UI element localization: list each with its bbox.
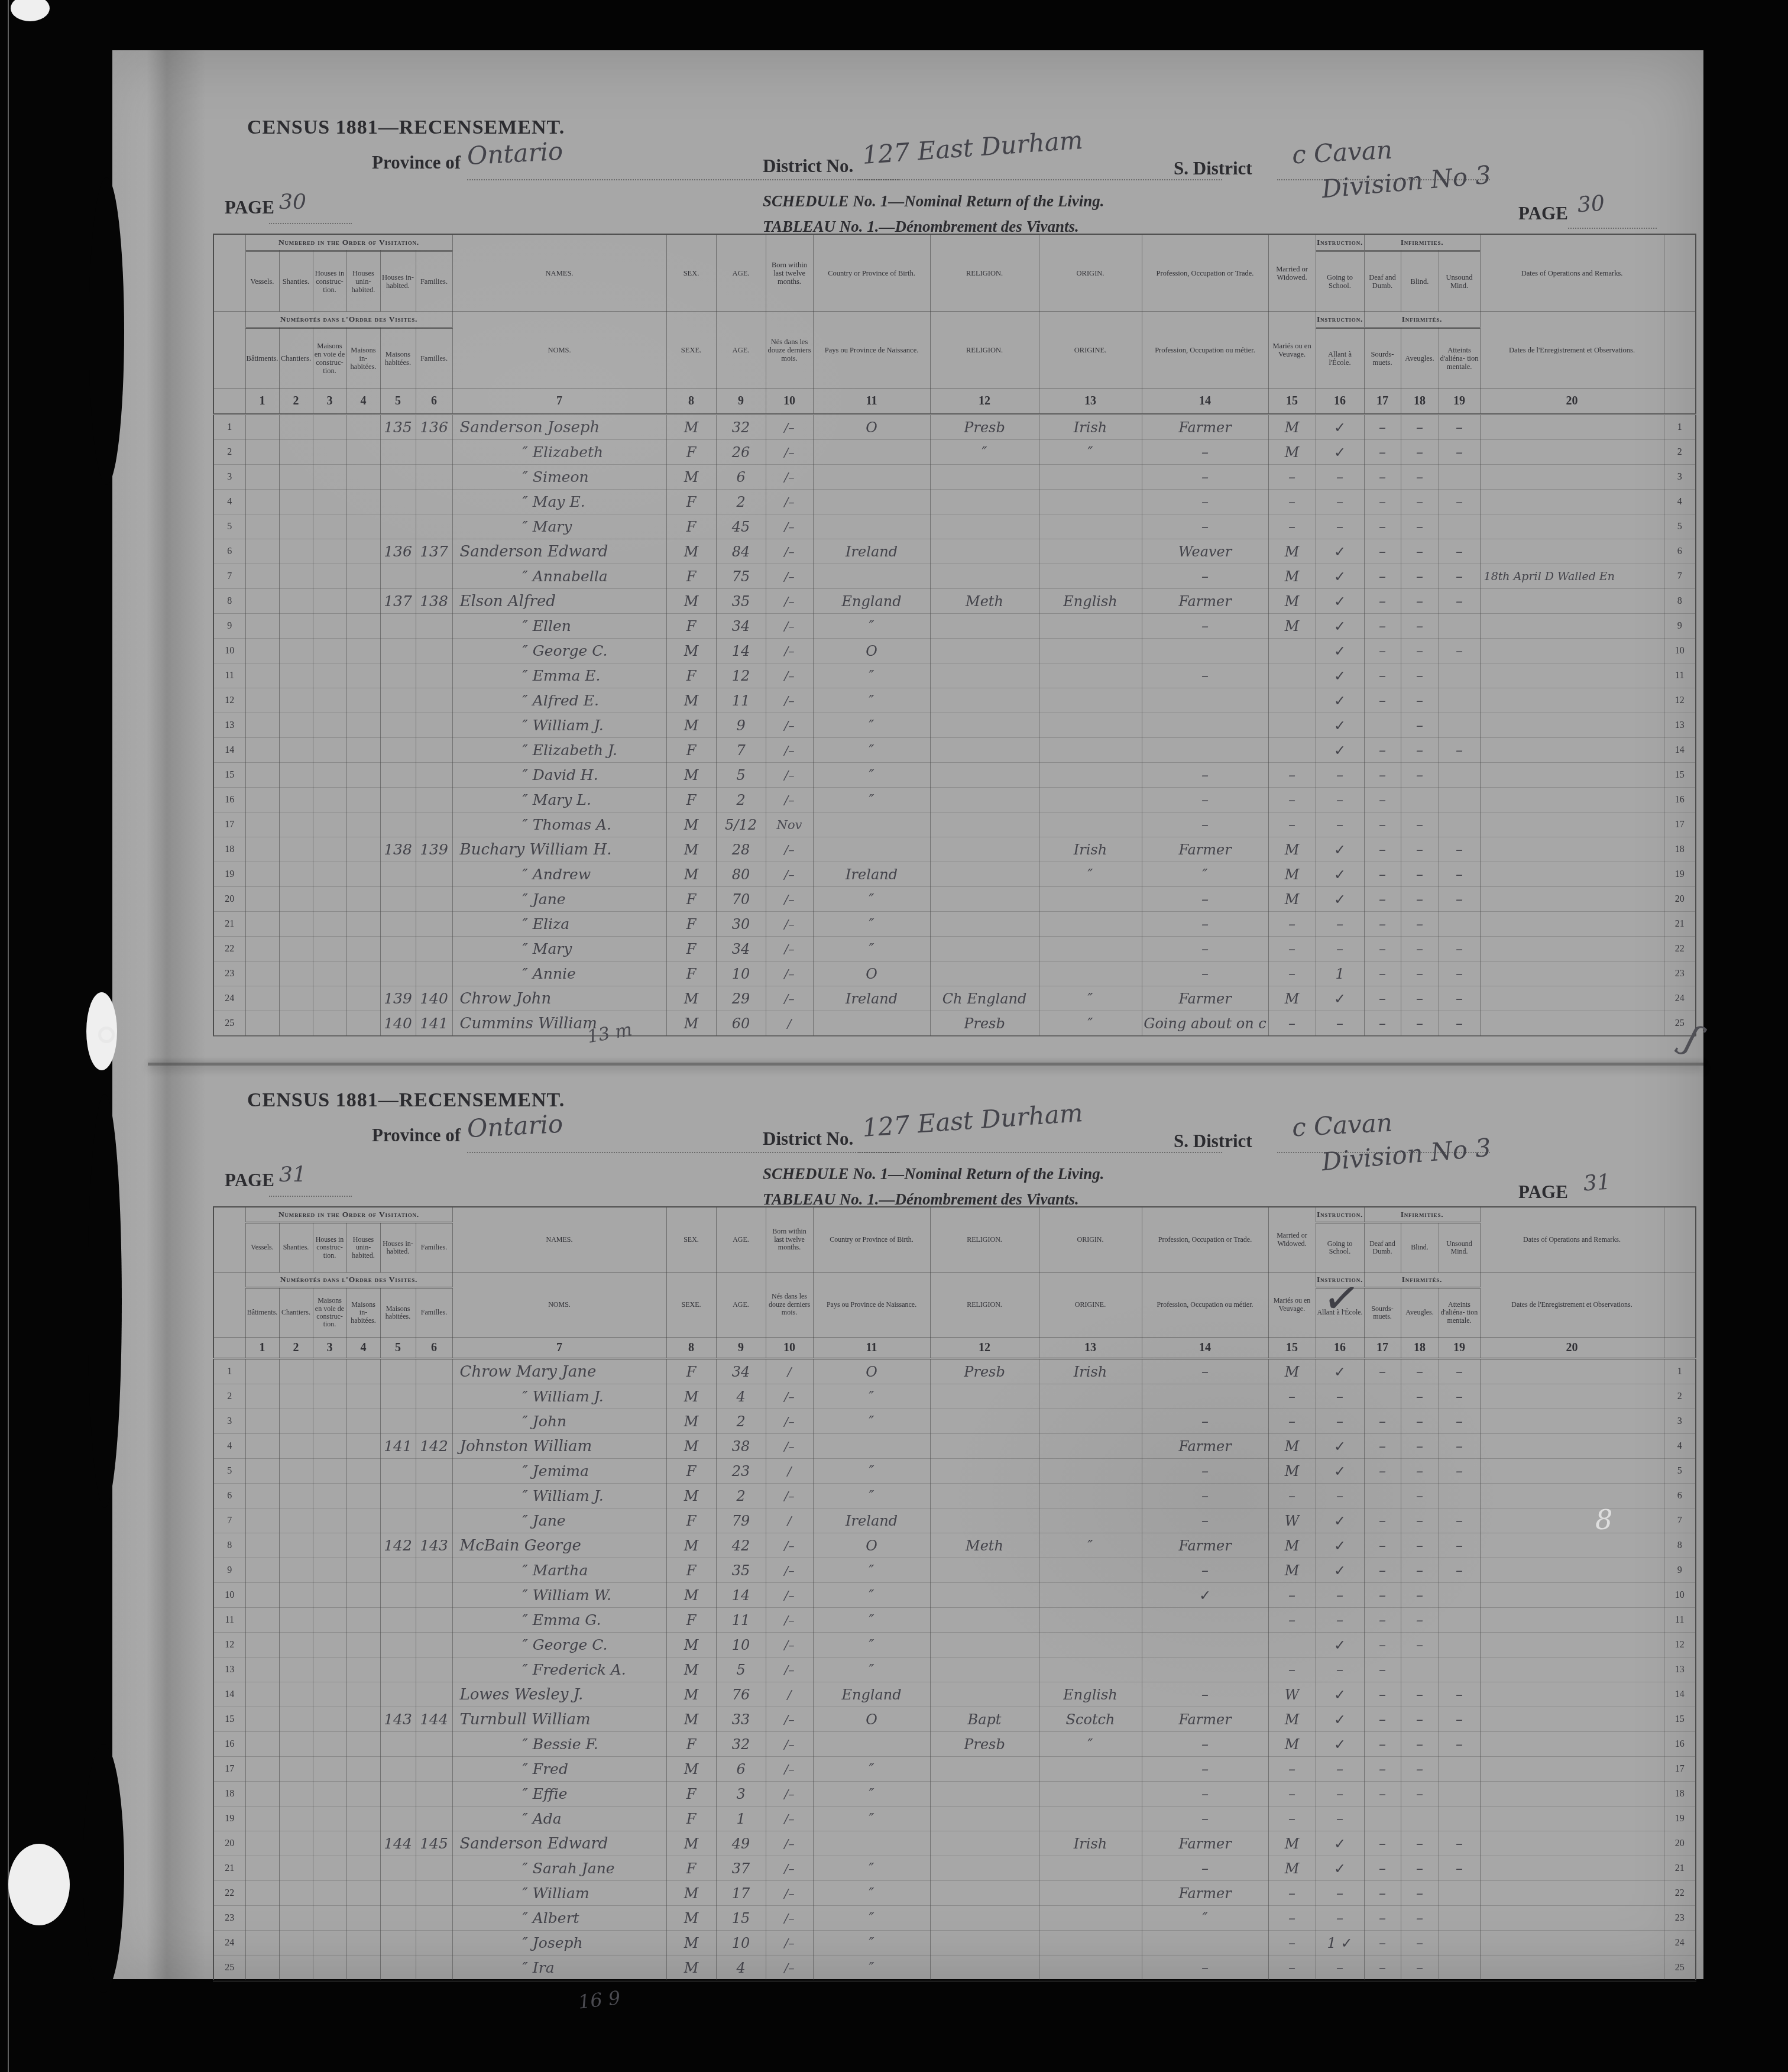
blind-cell: – — [1401, 1558, 1439, 1583]
school-cell: – — [1316, 1782, 1364, 1806]
name-cell: ″ George C. — [452, 1633, 666, 1657]
occupation-cell — [1142, 738, 1268, 763]
origin-cell — [1039, 1757, 1142, 1782]
empty-cell — [346, 937, 380, 961]
deaf-cell: – — [1364, 1732, 1401, 1757]
empty-cell — [313, 1459, 346, 1484]
empty-cell — [279, 1956, 313, 1981]
unsound-cell — [1439, 1583, 1480, 1608]
origin-cell — [1039, 1459, 1142, 1484]
column-header: Chantiers. — [279, 328, 313, 388]
empty-cell — [279, 1782, 313, 1806]
column-header: Chantiers. — [279, 1288, 313, 1338]
deaf-cell: – — [1364, 887, 1401, 912]
empty-cell — [346, 614, 380, 639]
remarks-cell — [1480, 1881, 1664, 1906]
deaf-cell: – — [1364, 1881, 1401, 1906]
row-number: 1 — [213, 1359, 245, 1384]
occupation-cell: – — [1142, 663, 1268, 688]
empty-cell — [245, 415, 279, 440]
name-cell: ″ Jane — [452, 887, 666, 912]
row-number: 9 — [213, 614, 245, 639]
born-cell: /– — [766, 713, 813, 738]
column-header: Born within last twelve months. — [766, 1207, 813, 1273]
row-number: 13 — [1664, 1657, 1696, 1682]
family-number — [416, 490, 452, 514]
born-cell: /– — [766, 415, 813, 440]
remarks-cell — [1480, 1608, 1664, 1633]
table-row: 21″ Sarah JaneF37/–″–M✓–––21 — [213, 1856, 1696, 1881]
table-row: 10″ George C.M14/–O✓–––10 — [213, 639, 1696, 663]
group-instruction-header: Instruction. — [1316, 234, 1364, 251]
row-number: 16 — [213, 788, 245, 812]
row-number: 3 — [213, 465, 245, 490]
table-row: 8142143McBain GeorgeM42/–OMeth″FarmerM✓–… — [213, 1533, 1696, 1558]
empty-cell — [245, 1931, 279, 1956]
deaf-cell: – — [1364, 564, 1401, 589]
film-scratch — [8, 0, 9, 2072]
column-number: 3 — [313, 388, 346, 415]
deaf-cell: – — [1364, 763, 1401, 788]
occupation-cell — [1142, 1633, 1268, 1657]
empty-cell — [346, 1434, 380, 1459]
religion-cell — [930, 490, 1039, 514]
deaf-cell — [1364, 713, 1401, 738]
row-number: 18 — [213, 1782, 245, 1806]
row-number: 15 — [1664, 1707, 1696, 1732]
school-cell: ✓ — [1316, 663, 1364, 688]
sex-cell: M — [666, 415, 716, 440]
empty-cell — [245, 465, 279, 490]
page-rule-left — [269, 1193, 352, 1197]
empty-cell — [313, 1657, 346, 1682]
page-label-right: PAGE — [1518, 203, 1568, 224]
remarks-cell — [1480, 1508, 1664, 1533]
birthplace-cell: ″ — [813, 937, 930, 961]
row-number: 3 — [213, 1409, 245, 1434]
name-cell: ″ Jane — [452, 1508, 666, 1533]
row-number: 11 — [213, 1608, 245, 1633]
age-cell: 34 — [716, 1359, 766, 1384]
district-rule — [859, 1150, 1222, 1153]
empty-cell — [245, 862, 279, 887]
row-number: 10 — [213, 639, 245, 663]
religion-cell — [930, 1682, 1039, 1707]
table-row: 4″ May E.F2/–––––––4 — [213, 490, 1696, 514]
table-row: 17″ FredM6/–″–––––17 — [213, 1757, 1696, 1782]
row-number: 12 — [213, 688, 245, 713]
deaf-cell: – — [1364, 937, 1401, 961]
birthplace-cell: ″ — [813, 1806, 930, 1831]
page-number-right: 30 — [1577, 191, 1606, 217]
origin-cell — [1039, 1558, 1142, 1583]
unsound-cell — [1439, 688, 1480, 713]
house-number: 139 — [380, 986, 416, 1011]
empty-cell — [279, 564, 313, 589]
unsound-cell — [1439, 1906, 1480, 1931]
family-number: 136 — [416, 415, 452, 440]
empty-cell — [245, 514, 279, 539]
religion-cell — [930, 1906, 1039, 1931]
origin-cell — [1039, 465, 1142, 490]
religion-cell — [930, 1608, 1039, 1633]
column-header: Going to School. — [1316, 251, 1364, 312]
family-number — [416, 1459, 452, 1484]
born-cell: /– — [766, 986, 813, 1011]
age-cell: 5 — [716, 763, 766, 788]
origin-cell — [1039, 1608, 1142, 1633]
deaf-cell: – — [1364, 490, 1401, 514]
empty-cell — [313, 1732, 346, 1757]
empty-cell — [313, 490, 346, 514]
unsound-cell: – — [1439, 986, 1480, 1011]
name-cell: ″ Effie — [452, 1782, 666, 1806]
religion-cell — [930, 837, 1039, 862]
occupation-cell: – — [1142, 490, 1268, 514]
unsound-cell — [1439, 788, 1480, 812]
name-cell: ″ Mary — [452, 514, 666, 539]
unsound-cell: – — [1439, 1707, 1480, 1732]
stray-handwriting: ʃ — [1679, 1018, 1705, 1060]
empty-cell — [313, 1484, 346, 1508]
origin-cell — [1039, 514, 1142, 539]
empty-cell — [313, 1558, 346, 1583]
empty-cell — [346, 812, 380, 837]
column-header: Houses unin- habited. — [346, 1223, 380, 1273]
name-cell: ″ Ellen — [452, 614, 666, 639]
occupation-cell: – — [1142, 1459, 1268, 1484]
birthplace-cell — [813, 1831, 930, 1856]
deaf-cell: – — [1364, 1459, 1401, 1484]
row-number: 16 — [213, 1732, 245, 1757]
province-rule — [467, 1150, 899, 1153]
married-cell: M — [1268, 1558, 1316, 1583]
religion-cell — [930, 1409, 1039, 1434]
born-cell: /– — [766, 763, 813, 788]
religion-cell — [930, 1856, 1039, 1881]
census-sheet-scan: CENSUS 1881—RECENSEMENT. RECENSEMENT 188… — [112, 50, 1703, 1979]
origin-cell — [1039, 639, 1142, 663]
family-number — [416, 1384, 452, 1409]
empty-cell — [279, 887, 313, 912]
deaf-cell: – — [1364, 614, 1401, 639]
blind-cell: – — [1401, 614, 1439, 639]
sex-cell: M — [666, 1434, 716, 1459]
birthplace-cell: O — [813, 639, 930, 663]
religion-cell: Presb — [930, 1011, 1039, 1037]
column-header: AGE. — [716, 1207, 766, 1273]
name-cell: ″ Elizabeth — [452, 440, 666, 465]
empty-cell — [279, 1011, 313, 1037]
origin-cell — [1039, 961, 1142, 986]
column-number: 6 — [416, 1338, 452, 1359]
occupation-cell: – — [1142, 812, 1268, 837]
birthplace-cell — [813, 440, 930, 465]
row-number: 20 — [1664, 1831, 1696, 1856]
school-cell: – — [1316, 1484, 1364, 1508]
row-number: 21 — [1664, 912, 1696, 937]
row-number: 4 — [1664, 1434, 1696, 1459]
column-header: Profession, Occupation or Trade. — [1142, 1207, 1268, 1273]
house-number — [380, 1782, 416, 1806]
family-number — [416, 614, 452, 639]
row-number: 22 — [213, 1881, 245, 1906]
occupation-cell: ″ — [1142, 862, 1268, 887]
house-number: 141 — [380, 1434, 416, 1459]
birthplace-cell — [813, 564, 930, 589]
house-number — [380, 738, 416, 763]
column-header: Atteints d'aliéna- tion mentale. — [1439, 328, 1480, 388]
born-cell: /– — [766, 1434, 813, 1459]
table-row: 23″ AlbertM15/–″″––––23 — [213, 1906, 1696, 1931]
birthplace-cell: Ireland — [813, 1508, 930, 1533]
table-row: 22″ WilliamM17/–″Farmer––––22 — [213, 1881, 1696, 1906]
empty-cell — [346, 1558, 380, 1583]
origin-cell: Irish — [1039, 415, 1142, 440]
row-number: 10 — [213, 1583, 245, 1608]
family-number — [416, 514, 452, 539]
unsound-cell: – — [1439, 639, 1480, 663]
empty-cell — [279, 1359, 313, 1384]
birthplace-cell: ″ — [813, 1558, 930, 1583]
birthplace-cell: ″ — [813, 1608, 930, 1633]
column-header: SEX. — [666, 1207, 716, 1273]
table-row: 25140141Cummins WilliamM60/Presb″Going a… — [213, 1011, 1696, 1037]
table-row: 15″ David H.M5/–″–––––15 — [213, 763, 1696, 788]
empty-cell — [346, 961, 380, 986]
school-cell: – — [1316, 465, 1364, 490]
column-header: Dates de l'Enregistrement et Observation… — [1480, 1273, 1664, 1338]
born-cell: /– — [766, 1956, 813, 1981]
name-cell: ″ William J. — [452, 1484, 666, 1508]
origin-cell — [1039, 1906, 1142, 1931]
empty-cell — [245, 1682, 279, 1707]
empty-cell — [313, 1956, 346, 1981]
school-cell: – — [1316, 1608, 1364, 1633]
house-number: 140 — [380, 1011, 416, 1037]
school-cell: – — [1316, 1881, 1364, 1906]
remarks-cell — [1480, 862, 1664, 887]
religion-cell — [930, 887, 1039, 912]
row-number: 14 — [1664, 738, 1696, 763]
occupation-cell: ″ — [1142, 1906, 1268, 1931]
row-number: 19 — [1664, 862, 1696, 887]
birthplace-cell: ″ — [813, 912, 930, 937]
column-header: Sourds- muets. — [1364, 1288, 1401, 1338]
empty-cell — [346, 1906, 380, 1931]
married-cell: – — [1268, 961, 1316, 986]
row-number-gutter — [213, 1207, 245, 1273]
family-number: 144 — [416, 1707, 452, 1732]
house-number — [380, 1682, 416, 1707]
column-header: Maisons habitées. — [380, 328, 416, 388]
blind-cell: – — [1401, 1359, 1439, 1384]
married-cell: – — [1268, 1806, 1316, 1831]
religion-cell — [930, 564, 1039, 589]
column-header: Shanties. — [279, 1223, 313, 1273]
birthplace-cell: ″ — [813, 1956, 930, 1981]
row-number: 5 — [213, 514, 245, 539]
division-value: Division No 3 — [1320, 1133, 1492, 1177]
empty-cell — [279, 1856, 313, 1881]
sex-cell: M — [666, 539, 716, 564]
empty-cell — [346, 1359, 380, 1384]
age-cell: 32 — [716, 1732, 766, 1757]
blind-cell: – — [1401, 1384, 1439, 1409]
sex-cell: M — [666, 1831, 716, 1856]
remarks-cell — [1480, 812, 1664, 837]
origin-cell — [1039, 1409, 1142, 1434]
house-number: 135 — [380, 415, 416, 440]
religion-cell: Presb — [930, 1359, 1039, 1384]
empty-cell — [245, 837, 279, 862]
religion-cell: Presb — [930, 1732, 1039, 1757]
empty-cell — [346, 1384, 380, 1409]
married-cell: M — [1268, 1434, 1316, 1459]
birthplace-cell: ″ — [813, 1583, 930, 1608]
empty-cell — [279, 1633, 313, 1657]
age-cell: 4 — [716, 1384, 766, 1409]
birthplace-cell: Ireland — [813, 986, 930, 1011]
sex-cell: M — [666, 837, 716, 862]
deaf-cell: – — [1364, 514, 1401, 539]
province-rule — [467, 177, 899, 180]
married-cell — [1268, 713, 1316, 738]
column-number: 14 — [1142, 388, 1268, 415]
occupation-cell: – — [1142, 1508, 1268, 1533]
empty-cell — [245, 937, 279, 961]
sub-district-rule — [1277, 177, 1490, 180]
family-number: 140 — [416, 986, 452, 1011]
age-cell: 38 — [716, 1434, 766, 1459]
column-header: Born within last twelve months. — [766, 234, 813, 312]
religion-cell — [930, 912, 1039, 937]
name-cell: ″ Annie — [452, 961, 666, 986]
deaf-cell: – — [1364, 639, 1401, 663]
name-cell: ″ Annabella — [452, 564, 666, 589]
remarks-cell — [1480, 713, 1664, 738]
born-cell: /– — [766, 788, 813, 812]
family-number — [416, 862, 452, 887]
blind-cell: – — [1401, 1533, 1439, 1558]
birthplace-cell: ″ — [813, 1906, 930, 1931]
blind-cell: – — [1401, 1409, 1439, 1434]
school-cell: ✓ — [1316, 539, 1364, 564]
sex-cell: M — [666, 1931, 716, 1956]
age-cell: 10 — [716, 1633, 766, 1657]
table-row: 5″ JemimaF23/″–M✓–––5 — [213, 1459, 1696, 1484]
column-number: 9 — [716, 1338, 766, 1359]
blind-cell: – — [1401, 1583, 1439, 1608]
empty-cell — [245, 1533, 279, 1558]
birthplace-cell: ″ — [813, 788, 930, 812]
table-row: 23″ AnnieF10/–O––1–––23 — [213, 961, 1696, 986]
religion-cell: ″ — [930, 440, 1039, 465]
empty-cell — [279, 1484, 313, 1508]
origin-cell: English — [1039, 1682, 1142, 1707]
empty-cell — [279, 639, 313, 663]
born-cell: /– — [766, 614, 813, 639]
sex-cell: F — [666, 1856, 716, 1881]
origin-cell — [1039, 490, 1142, 514]
empty-cell — [313, 1782, 346, 1806]
origin-cell — [1039, 1956, 1142, 1981]
name-cell: ″ Emma E. — [452, 663, 666, 688]
blind-cell: – — [1401, 1682, 1439, 1707]
empty-cell — [245, 614, 279, 639]
unsound-cell: – — [1439, 1459, 1480, 1484]
census-title-left: CENSUS 1881—RECENSEMENT. — [247, 116, 565, 139]
age-cell: 45 — [716, 514, 766, 539]
sex-cell: F — [666, 937, 716, 961]
page-rule-right — [1568, 1204, 1657, 1207]
empty-cell — [245, 763, 279, 788]
empty-cell — [279, 589, 313, 614]
remarks-cell: 18th April D Walled En — [1480, 564, 1664, 589]
religion-cell — [930, 1881, 1039, 1906]
empty-cell — [346, 1484, 380, 1508]
remarks-cell — [1480, 1831, 1664, 1856]
row-number: 12 — [1664, 1633, 1696, 1657]
row-number: 24 — [1664, 986, 1696, 1011]
married-cell: – — [1268, 1956, 1316, 1981]
sex-cell: M — [666, 1633, 716, 1657]
age-cell: 7 — [716, 738, 766, 763]
table-row: 7″ AnnabellaF75/––M✓–––18th April D Wall… — [213, 564, 1696, 589]
house-number: 142 — [380, 1533, 416, 1558]
empty-cell — [245, 1956, 279, 1981]
column-header: NOMS. — [452, 1273, 666, 1338]
row-number: 20 — [1664, 887, 1696, 912]
birthplace-cell — [813, 1434, 930, 1459]
empty-cell — [245, 1359, 279, 1384]
empty-cell — [279, 440, 313, 465]
family-number — [416, 1682, 452, 1707]
origin-cell — [1039, 1484, 1142, 1508]
birthplace-cell: ″ — [813, 1881, 930, 1906]
table-row: 1135136Sanderson JosephM32/–OPresbIrishF… — [213, 415, 1696, 440]
row-number: 11 — [1664, 663, 1696, 688]
blind-cell: – — [1401, 812, 1439, 837]
sex-cell: F — [666, 1732, 716, 1757]
religion-cell — [930, 688, 1039, 713]
school-cell: 1 — [1316, 961, 1364, 986]
column-number: 16 — [1316, 1338, 1364, 1359]
married-cell — [1268, 1633, 1316, 1657]
table-row: 14″ Elizabeth J.F7/–″✓–––14 — [213, 738, 1696, 763]
deaf-cell: – — [1364, 1508, 1401, 1533]
school-cell: ✓ — [1316, 415, 1364, 440]
sex-cell: M — [666, 639, 716, 663]
census-table-page30: Numbered in the Order of Visitation.NAME… — [213, 234, 1696, 1037]
occupation-cell: – — [1142, 564, 1268, 589]
unsound-cell: – — [1439, 589, 1480, 614]
name-cell: Elson Alfred — [452, 589, 666, 614]
page-number-left: 31 — [279, 1163, 306, 1187]
name-cell: Turnbull William — [452, 1707, 666, 1732]
school-cell: – — [1316, 490, 1364, 514]
occupation-cell: Farmer — [1142, 1434, 1268, 1459]
empty-cell — [279, 986, 313, 1011]
column-number: 20 — [1480, 1338, 1664, 1359]
origin-cell — [1039, 688, 1142, 713]
sex-cell: M — [666, 1484, 716, 1508]
sex-cell: M — [666, 589, 716, 614]
born-cell: /– — [766, 1856, 813, 1881]
remarks-cell — [1480, 465, 1664, 490]
house-number — [380, 1906, 416, 1931]
column-header: ORIGIN. — [1039, 234, 1142, 312]
